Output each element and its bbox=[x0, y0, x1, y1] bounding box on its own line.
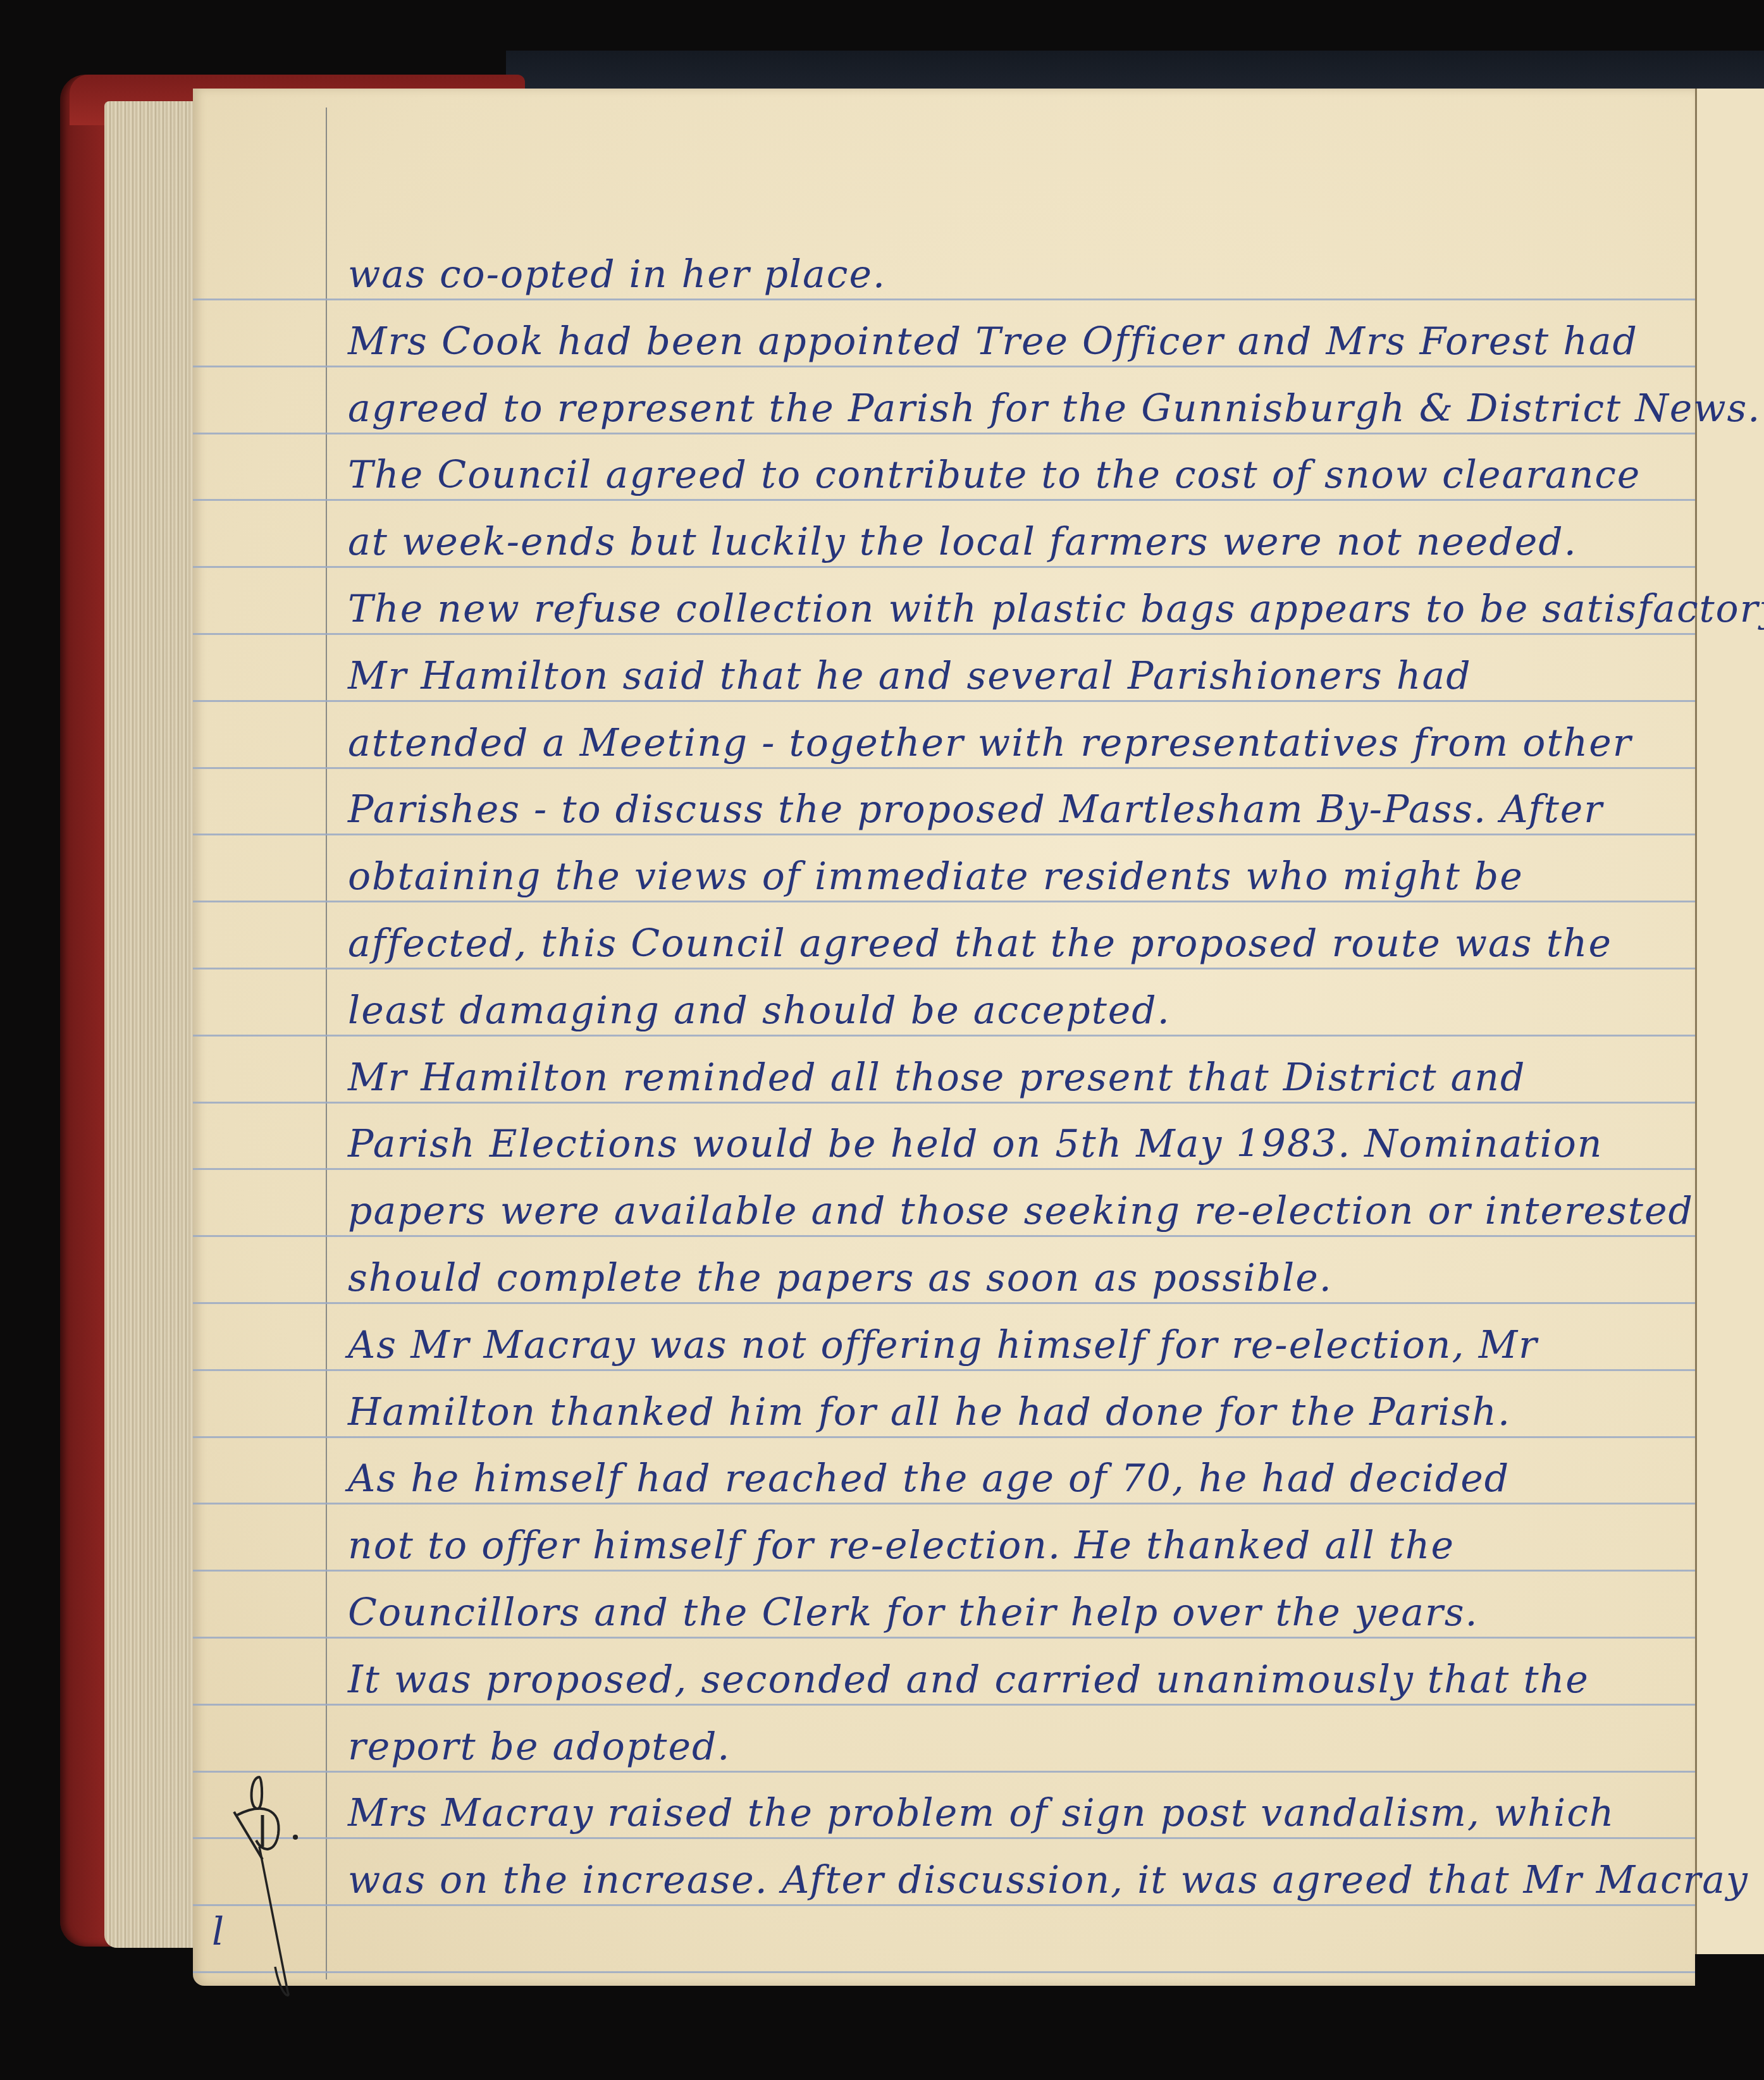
handwritten-line: Mrs Cook had been appointed Tree Officer… bbox=[348, 316, 1676, 367]
handwritten-line: Hamilton thanked him for all he had done… bbox=[348, 1387, 1676, 1437]
margin-tick-mark: l bbox=[212, 1910, 224, 1954]
handwritten-line: Mrs Macray raised the problem of sign po… bbox=[348, 1788, 1676, 1838]
adjacent-page-edge bbox=[1695, 89, 1764, 1954]
handwritten-line: least damaging and should be accepted. bbox=[348, 985, 1676, 1036]
handwritten-line: report be adopted. bbox=[348, 1721, 1676, 1772]
handwritten-line: Parish Elections would be held on 5th Ma… bbox=[348, 1119, 1676, 1169]
handwritten-line: Parishes - to discuss the proposed Martl… bbox=[348, 784, 1676, 835]
handwritten-line: The new refuse collection with plastic b… bbox=[348, 584, 1676, 634]
handwritten-line: Mr Hamilton reminded all those present t… bbox=[348, 1052, 1676, 1103]
handwritten-line: It was proposed, seconded and carried un… bbox=[348, 1654, 1676, 1705]
handwritten-line: not to offer himself for re-election. He… bbox=[348, 1520, 1676, 1571]
handwritten-line: agreed to represent the Parish for the G… bbox=[348, 383, 1676, 434]
handwritten-line: obtaining the views of immediate residen… bbox=[348, 851, 1676, 902]
handwritten-line: As Mr Macray was not offering himself fo… bbox=[348, 1320, 1676, 1370]
handwritten-line: attended a Meeting - together with repre… bbox=[348, 718, 1676, 768]
ledger-page: was co-opted in her place.Mrs Cook had b… bbox=[193, 89, 1695, 1986]
handwritten-line: was co-opted in her place. bbox=[348, 249, 1676, 300]
page-edges-stack bbox=[104, 101, 199, 1948]
handwritten-line: should complete the papers as soon as po… bbox=[348, 1253, 1676, 1303]
handwritten-line: papers were available and those seeking … bbox=[348, 1186, 1676, 1236]
handwritten-line: Councillors and the Clerk for their help… bbox=[348, 1587, 1676, 1638]
handwritten-line: at week-ends but luckily the local farme… bbox=[348, 517, 1676, 567]
handwritten-line: As he himself had reached the age of 70,… bbox=[348, 1453, 1676, 1504]
margin-rule bbox=[326, 108, 327, 1979]
handwritten-line: was on the increase. After discussion, i… bbox=[348, 1855, 1676, 1905]
margin-initials-signature-icon bbox=[225, 1771, 300, 1998]
handwritten-line: The Council agreed to contribute to the … bbox=[348, 450, 1676, 500]
handwritten-line: Mr Hamilton said that he and several Par… bbox=[348, 651, 1676, 701]
handwritten-line: affected, this Council agreed that the p… bbox=[348, 918, 1676, 969]
ruled-line bbox=[193, 1971, 1695, 1973]
